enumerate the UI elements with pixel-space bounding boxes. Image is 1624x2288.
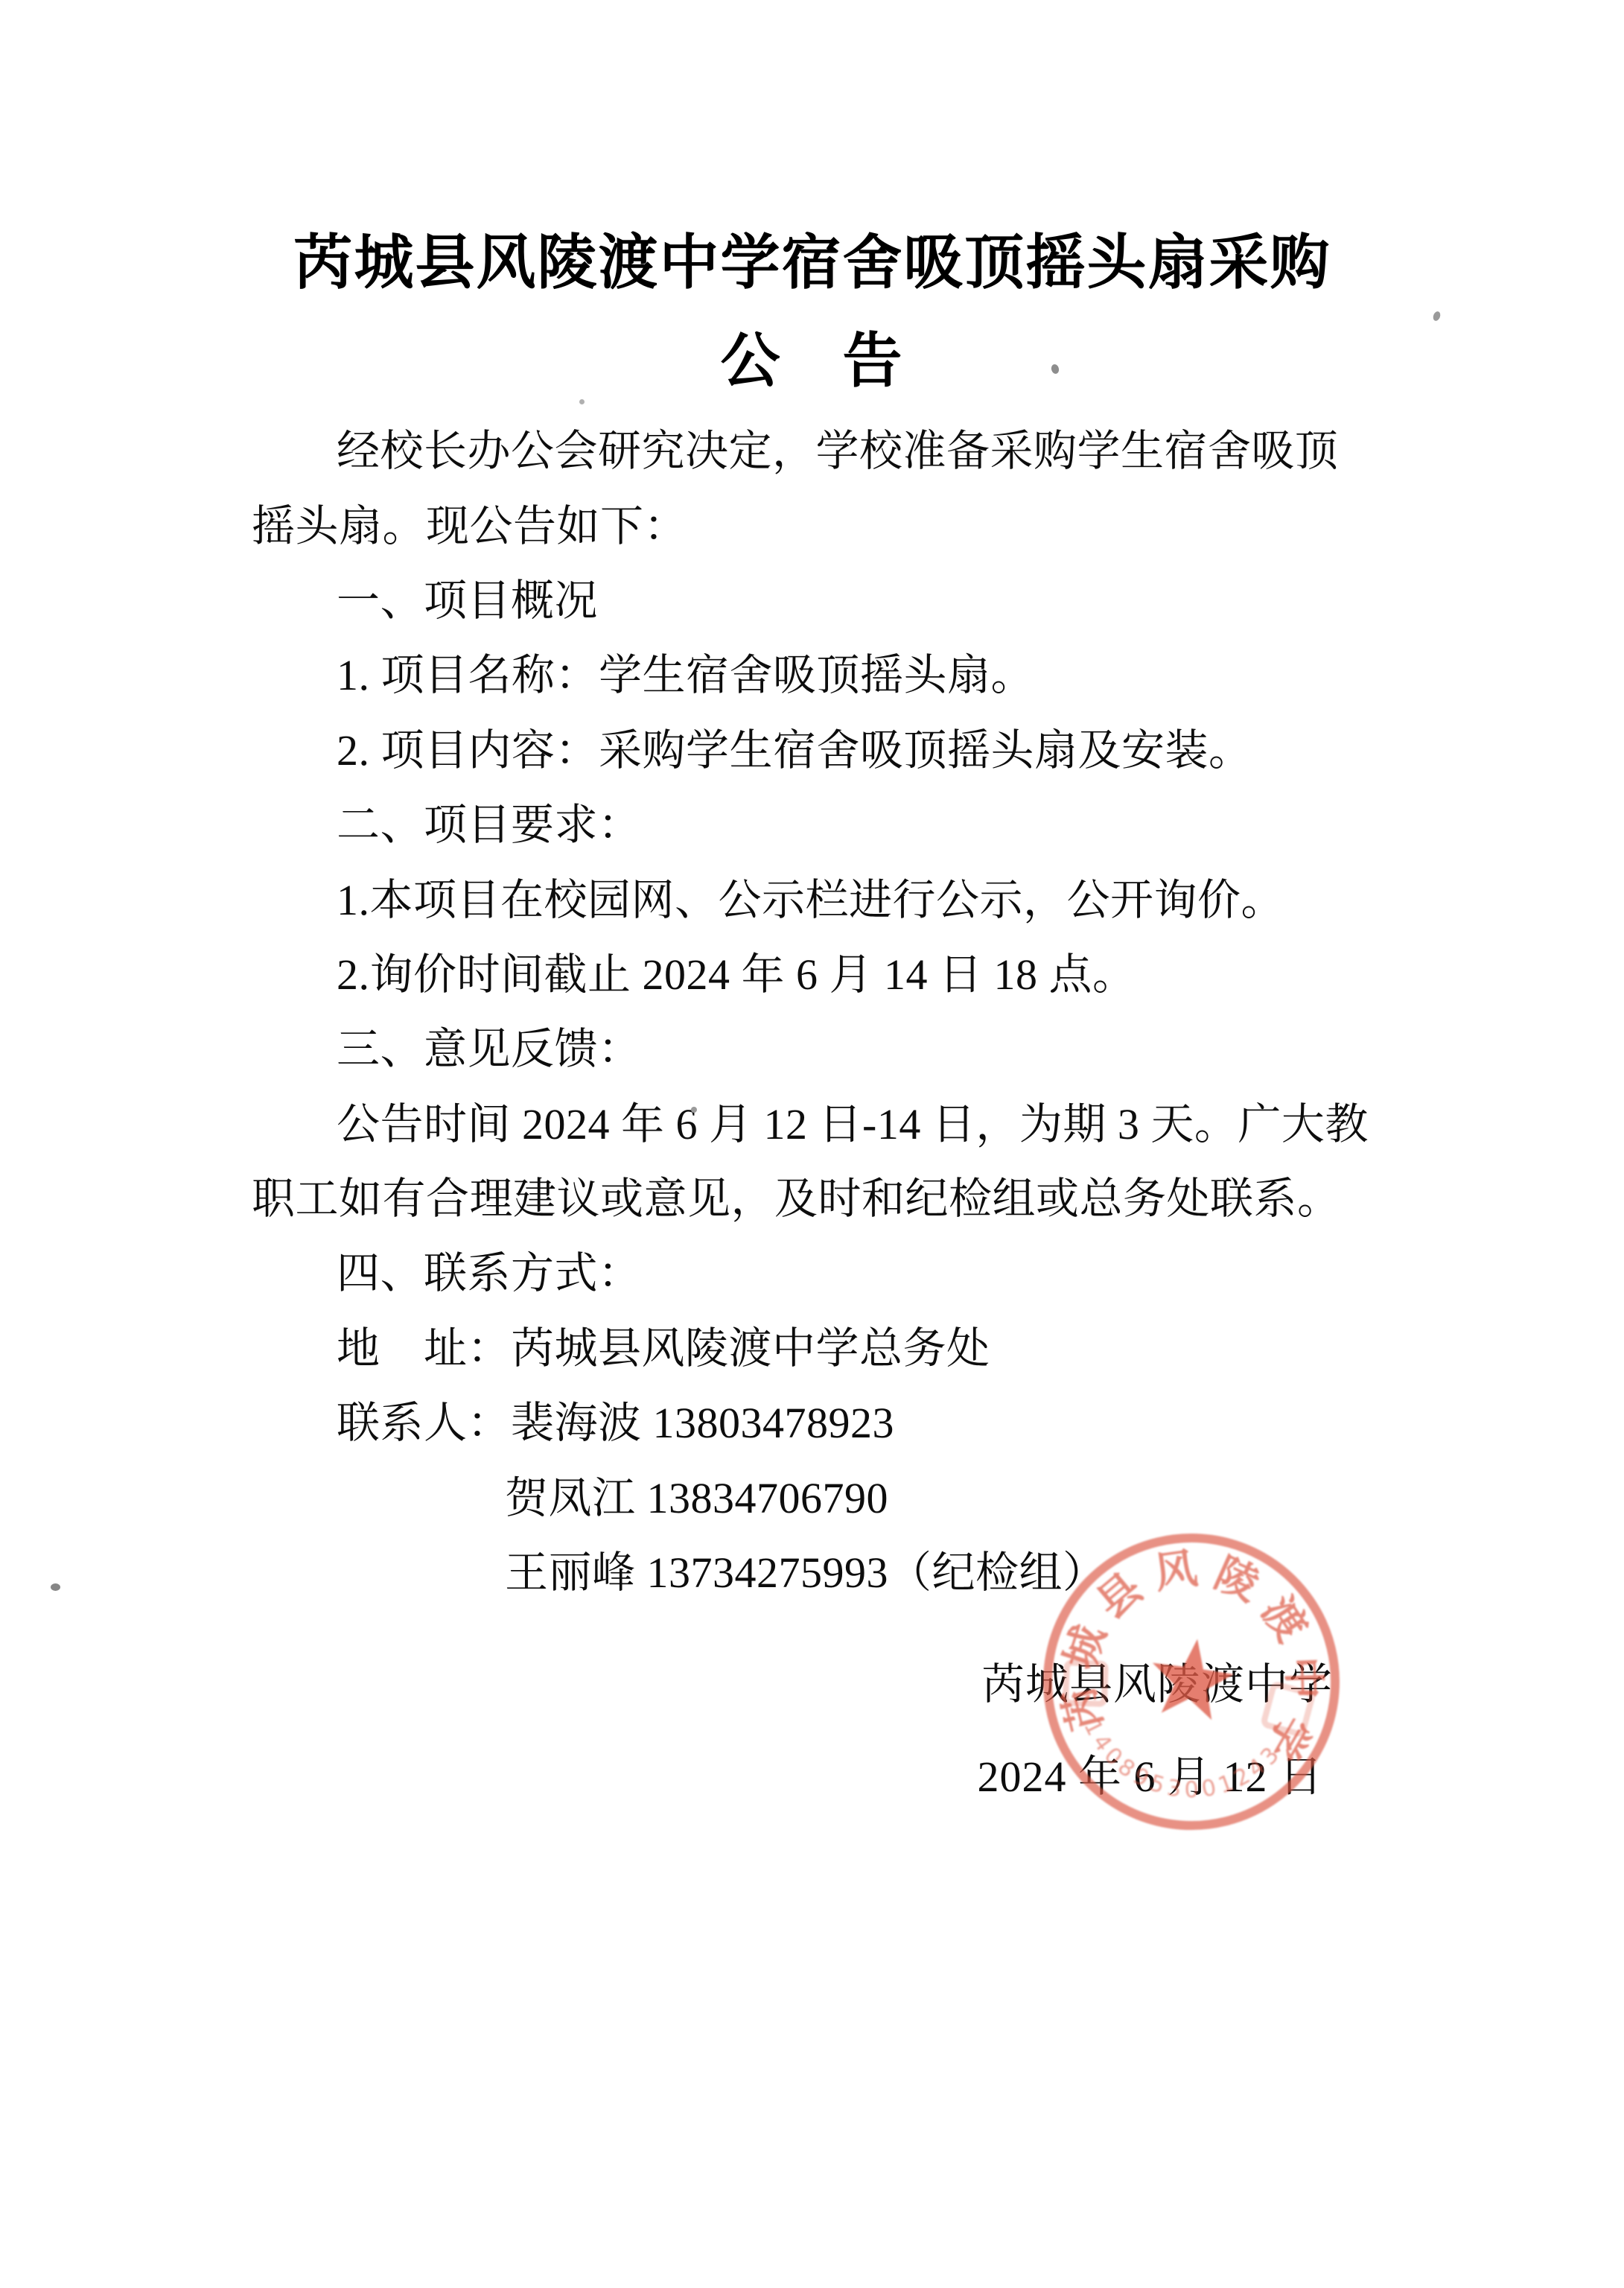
- body-line-address: 地 址：芮城县风陵渡中学总务处: [252, 1307, 1383, 1382]
- body-line: 1. 项目名称：学生宿舍吸顶摇头扇。: [252, 634, 1383, 708]
- body-line: 经校长办公会研究决定，学校准备采购学生宿舍吸顶: [252, 410, 1383, 484]
- body-line-section-4: 四、联系方式：: [252, 1232, 1383, 1306]
- scan-speck: [51, 1583, 60, 1591]
- scan-speck: [691, 1107, 697, 1113]
- body-line-section-1: 一、项目概况: [252, 559, 1383, 634]
- signature-org: 芮城县风陵渡中学: [981, 1649, 1333, 1712]
- announcement-title: 芮城县风陵渡中学宿舍吸顶摇头扇采购: [0, 214, 1624, 300]
- body-line-section-2: 二、项目要求：: [252, 784, 1383, 858]
- body-line: 摇头扇。现公告如下：: [252, 484, 1383, 559]
- body-line: 2. 项目内容：采购学生宿舍吸顶摇头扇及安装。: [252, 709, 1383, 784]
- document-page: 芮城县风陵渡中学宿舍吸顶摇头扇采购 公 告 经校长办公会研究决定，学校准备采购学…: [0, 0, 1624, 2288]
- body-line-section-3: 三、意见反馈：: [252, 1008, 1383, 1082]
- body-line: 公告时间 2024 年 6 月 12 日-14 日，为期 3 天。广大教: [252, 1083, 1383, 1157]
- body-line-contact-1: 联系人：裴海波 13803478923: [252, 1382, 1383, 1456]
- announcement-body: 经校长办公会研究决定，学校准备采购学生宿舍吸顶 摇头扇。现公告如下： 一、项目概…: [252, 410, 1383, 1606]
- signature-date: 2024 年 6 月 12 日: [977, 1741, 1323, 1804]
- body-line: 2.询价时间截止 2024 年 6 月 14 日 18 点。: [252, 933, 1383, 1008]
- body-line-contact-3: 王丽峰 13734275993（纪检组）: [252, 1531, 1383, 1606]
- announcement-subtitle: 公 告: [0, 313, 1624, 398]
- body-line: 1.本项目在校园网、公示栏进行公示，公开询价。: [252, 858, 1383, 932]
- scan-speck: [579, 399, 585, 404]
- body-line-contact-2: 贺凤江 13834706790: [252, 1456, 1383, 1531]
- body-line: 职工如有合理建议或意见，及时和纪检组或总务处联系。: [252, 1157, 1383, 1232]
